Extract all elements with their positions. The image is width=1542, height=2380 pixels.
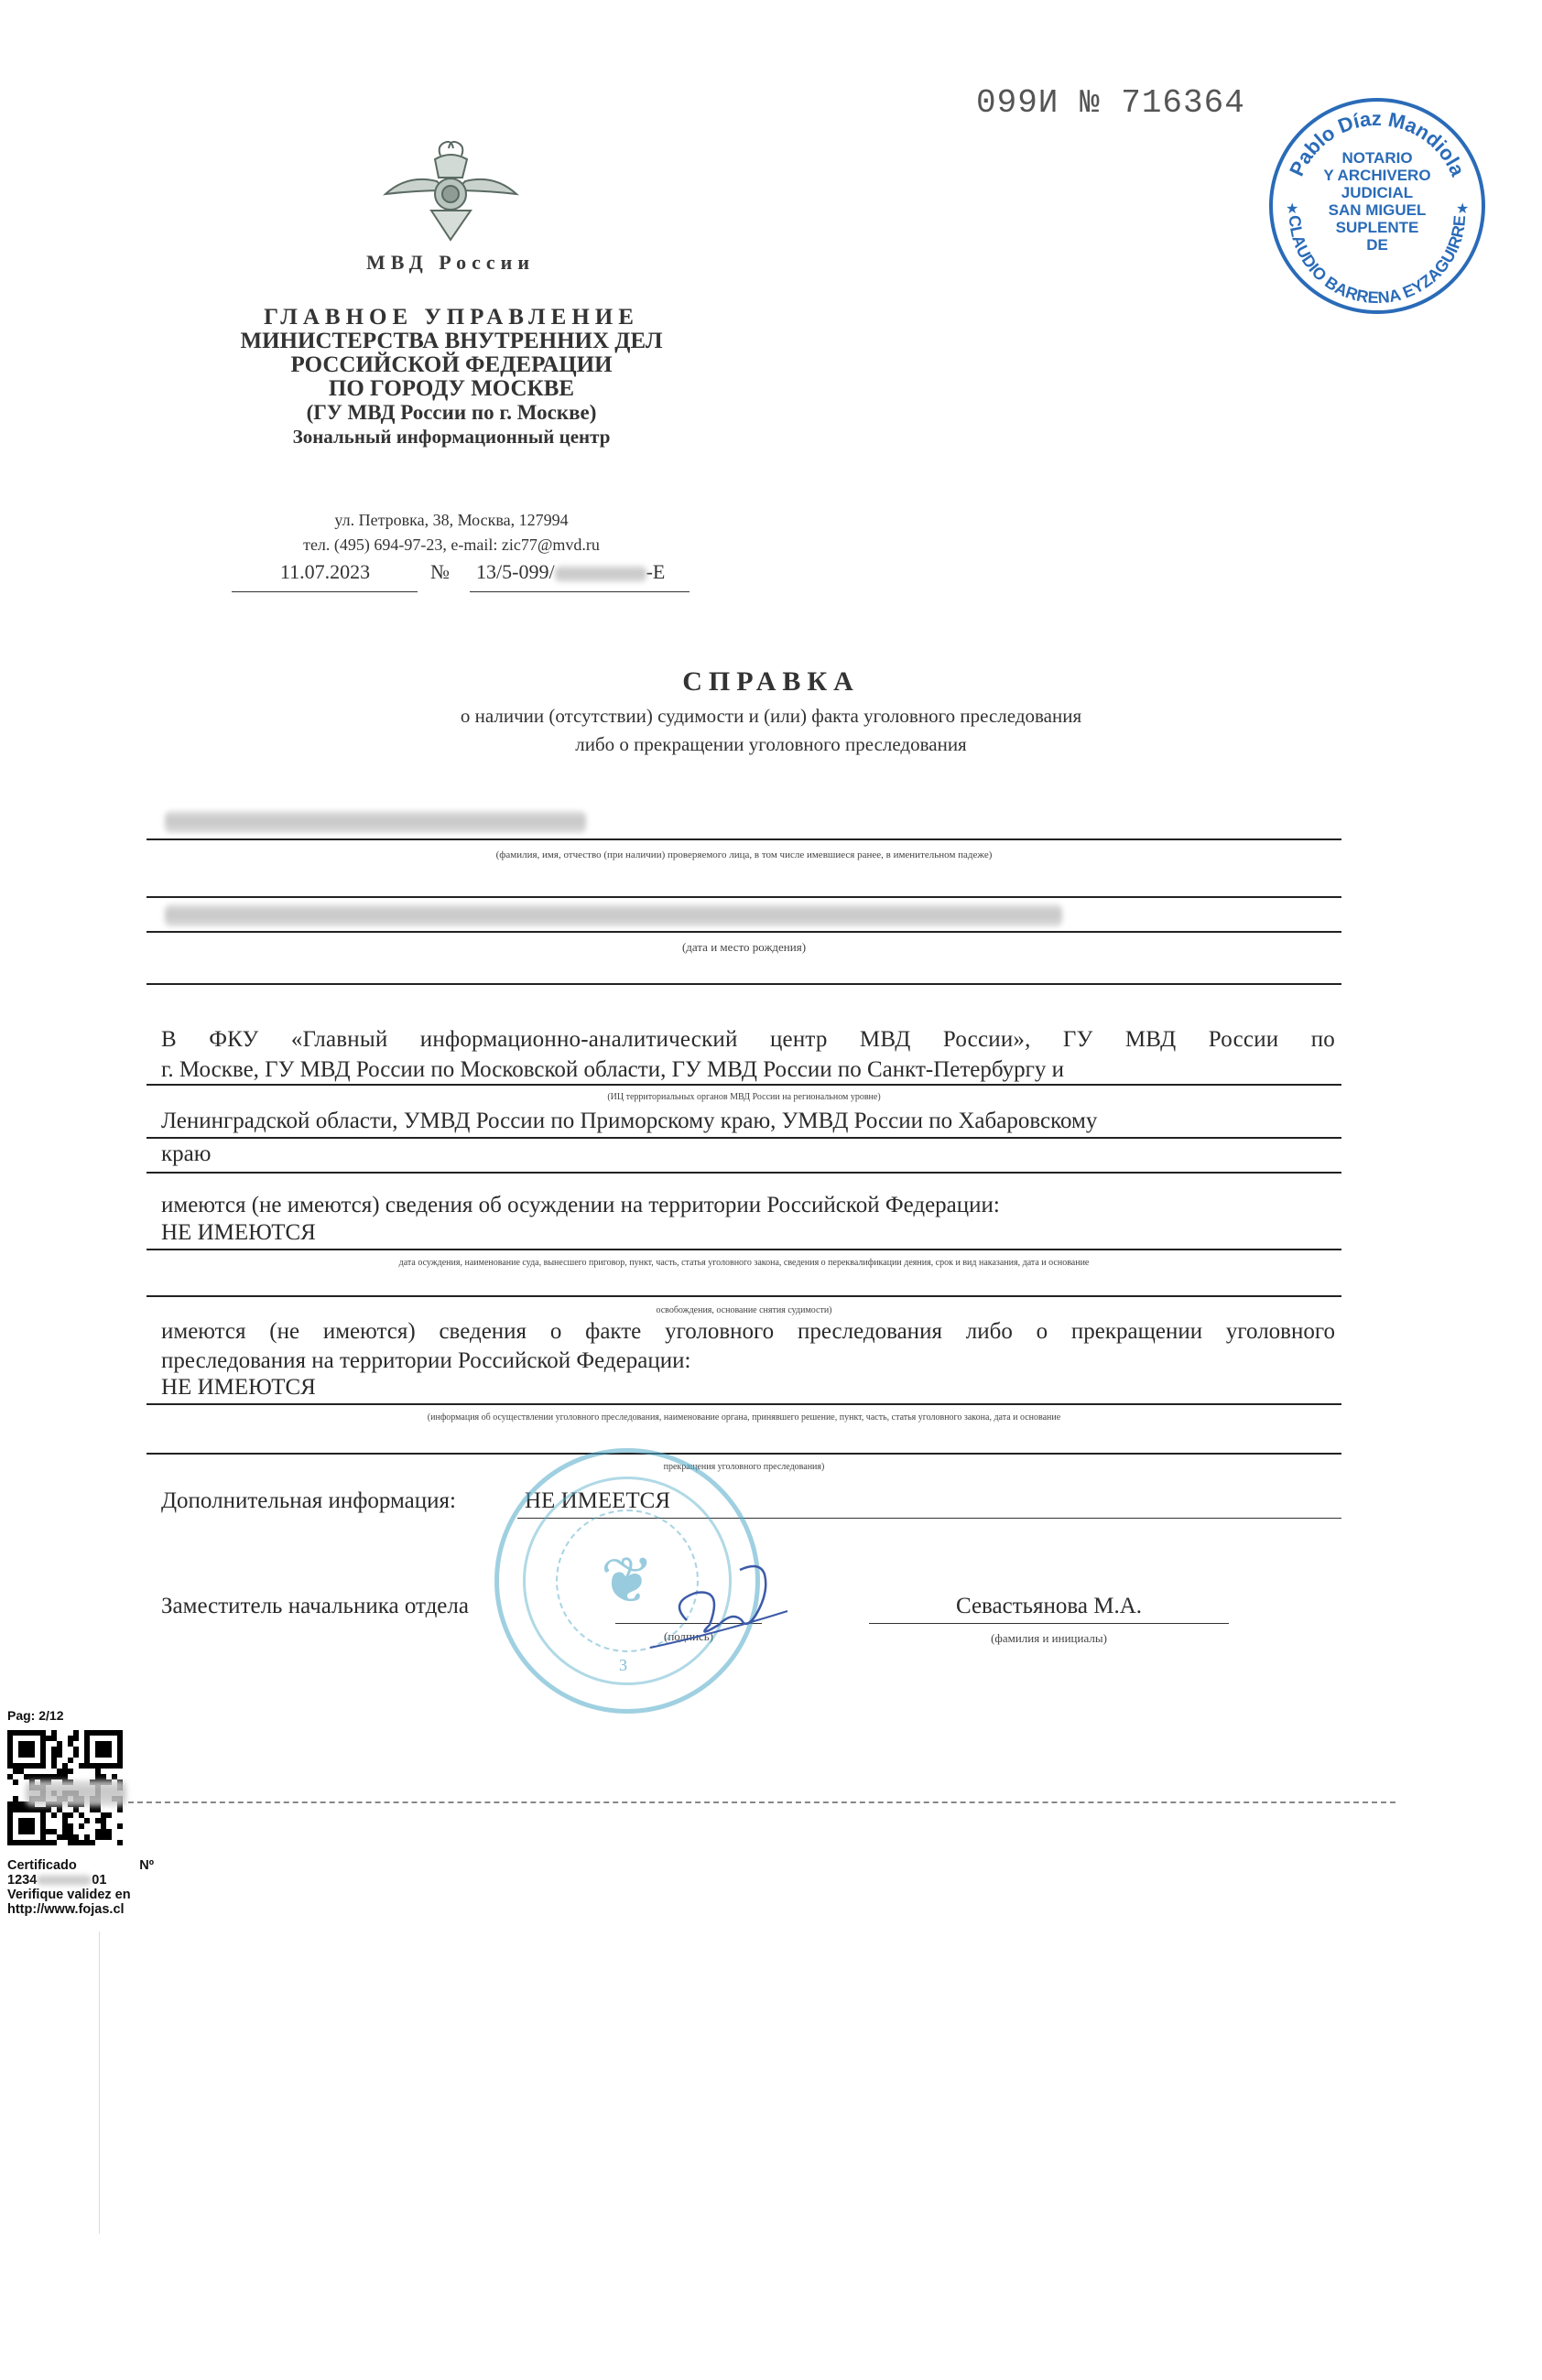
stamp-center-mark: 3 — [619, 1656, 627, 1675]
info-centers-line1: В ФКУ «Главный информационно-аналитическ… — [161, 1027, 1335, 1053]
signer-name: Севастьянова М.А. — [869, 1594, 1229, 1619]
certificate-block: CertificadoNº 123401 Verifique validez e… — [7, 1858, 154, 1917]
document-title: СПРАВКА — [313, 666, 1229, 698]
org-line: ПО ГОРОДУ МОСКВЕ — [177, 377, 726, 401]
notary-stamp-line: Y ARCHIVERO — [1273, 167, 1482, 184]
redacted-qr-area — [26, 1780, 126, 1806]
org-line: ГЛАВНОЕ УПРАВЛЕНИЕ — [177, 306, 726, 330]
org-line: РОССИЙСКОЙ ФЕДЕРАЦИИ — [177, 353, 726, 377]
conviction-label: имеются (не имеются) сведения об осужден… — [161, 1193, 1000, 1218]
certificate-number-start: 1234 — [7, 1873, 37, 1888]
serial-number: 099И № 716364 — [976, 84, 1245, 122]
dashed-separator — [128, 1801, 1395, 1803]
signer-position: Заместитель начальника отдела — [161, 1594, 469, 1619]
margin-line — [99, 1931, 100, 2234]
name-line — [147, 838, 1341, 840]
prosecution-label-line2: преследования на территории Российской Ф… — [161, 1348, 690, 1374]
date-underline — [232, 591, 418, 592]
conviction-caption-2: освобождения, основание снятия судимости… — [147, 1305, 1341, 1315]
org-address: ул. Петровка, 38, Москва, 127994 — [177, 511, 726, 530]
org-line: МИНИСТЕРСТВА ВНУТРЕННИХ ДЕЛ — [177, 330, 726, 353]
prosecution-label-line1: имеются (не имеются) сведения о факте уг… — [161, 1319, 1335, 1345]
number-underline — [470, 591, 690, 592]
prosecution-caption-1: (информация об осуществлении уголовного … — [147, 1412, 1341, 1423]
document-number: 13/5-099/-E — [476, 560, 665, 584]
notary-stamp-line: JUDICIAL — [1273, 184, 1482, 201]
page-indicator: Pag: 2/12 — [7, 1708, 63, 1723]
notary-stamp-line: DE — [1273, 236, 1482, 254]
mvd-emblem-icon — [380, 137, 522, 245]
redacted-birth-date-place — [165, 904, 1062, 926]
redacted-certificate-number — [37, 1875, 92, 1886]
document-subtitle-line2: либо о прекращении уголовного преследова… — [222, 733, 1320, 756]
info-centers-line — [147, 1172, 1341, 1174]
info-centers-line4: краю — [161, 1141, 211, 1167]
certificate-label: Certificado — [7, 1858, 77, 1873]
info-centers-line3: Ленинградской области, УМВД России по Пр… — [161, 1109, 1097, 1134]
name-caption: (фамилия, имя, отчество (при наличии) пр… — [147, 849, 1341, 860]
redacted-full-name — [165, 811, 586, 833]
notary-stamp-center: NOTARIO Y ARCHIVERO JUDICIAL SAN MIGUEL … — [1273, 149, 1482, 254]
conviction-value: НЕ ИМЕЮТСЯ — [161, 1220, 316, 1246]
handwritten-signature — [632, 1547, 797, 1666]
document-subtitle-line1: о наличии (отсутствии) судимости и (или)… — [222, 705, 1320, 728]
birth-line — [147, 931, 1341, 933]
info-centers-line — [147, 1137, 1341, 1139]
org-line: Зональный информационный центр — [177, 425, 726, 449]
verify-text: Verifique validez en — [7, 1888, 154, 1902]
prosecution-value: НЕ ИМЕЮТСЯ — [161, 1375, 316, 1401]
certificate-number-end: 01 — [92, 1873, 106, 1888]
organization-header: ГЛАВНОЕ УПРАВЛЕНИЕ МИНИСТЕРСТВА ВНУТРЕНН… — [177, 306, 726, 449]
number-sign: № — [430, 560, 450, 584]
info-centers-caption: (ИЦ территориальных органов МВД России н… — [147, 1092, 1341, 1102]
org-contacts: тел. (495) 694-97-23, e-mail: zic77@mvd.… — [177, 535, 726, 555]
certificate-number: 123401 — [7, 1873, 154, 1888]
notary-stamp-line: NOTARIO — [1273, 149, 1482, 167]
conviction-line — [147, 1249, 1341, 1250]
info-centers-line — [147, 1084, 1341, 1086]
document-date: 11.07.2023 — [233, 560, 417, 584]
birth-caption: (дата и место рождения) — [147, 940, 1341, 955]
prosecution-line — [147, 1453, 1341, 1455]
prosecution-caption-2: прекращения уголовного преследования) — [147, 1462, 1341, 1472]
notary-stamp-line: SAN MIGUEL — [1273, 201, 1482, 219]
document-number-suffix: -E — [646, 560, 666, 583]
certificate-number-sign: Nº — [139, 1858, 154, 1873]
signer-name-line — [869, 1623, 1229, 1624]
birth-line-top — [147, 896, 1341, 898]
verify-url[interactable]: http://www.fojas.cl — [7, 1902, 154, 1917]
signer-name-caption: (фамилия и инициалы) — [869, 1631, 1229, 1646]
ministry-short-name: МВД России — [267, 251, 634, 275]
prosecution-line — [147, 1403, 1341, 1405]
info-centers-line2: г. Москве, ГУ МВД России по Московской о… — [161, 1057, 1064, 1083]
conviction-line — [147, 1295, 1341, 1297]
document-number-prefix: 13/5-099/ — [476, 560, 555, 583]
certificate-line: CertificadoNº — [7, 1858, 154, 1873]
org-line: (ГУ МВД России по г. Москве) — [177, 401, 726, 425]
redacted-number — [555, 566, 646, 582]
conviction-caption-1: дата осуждения, наименование суда, вынес… — [147, 1258, 1341, 1268]
notary-stamp-line: SUPLENTE — [1273, 219, 1482, 236]
notary-stamp: Pablo Díaz Mandiola CLAUDIO BARRENA EYZA… — [1269, 98, 1485, 314]
additional-info-label: Дополнительная информация: — [161, 1488, 456, 1514]
separator-line — [147, 983, 1341, 985]
